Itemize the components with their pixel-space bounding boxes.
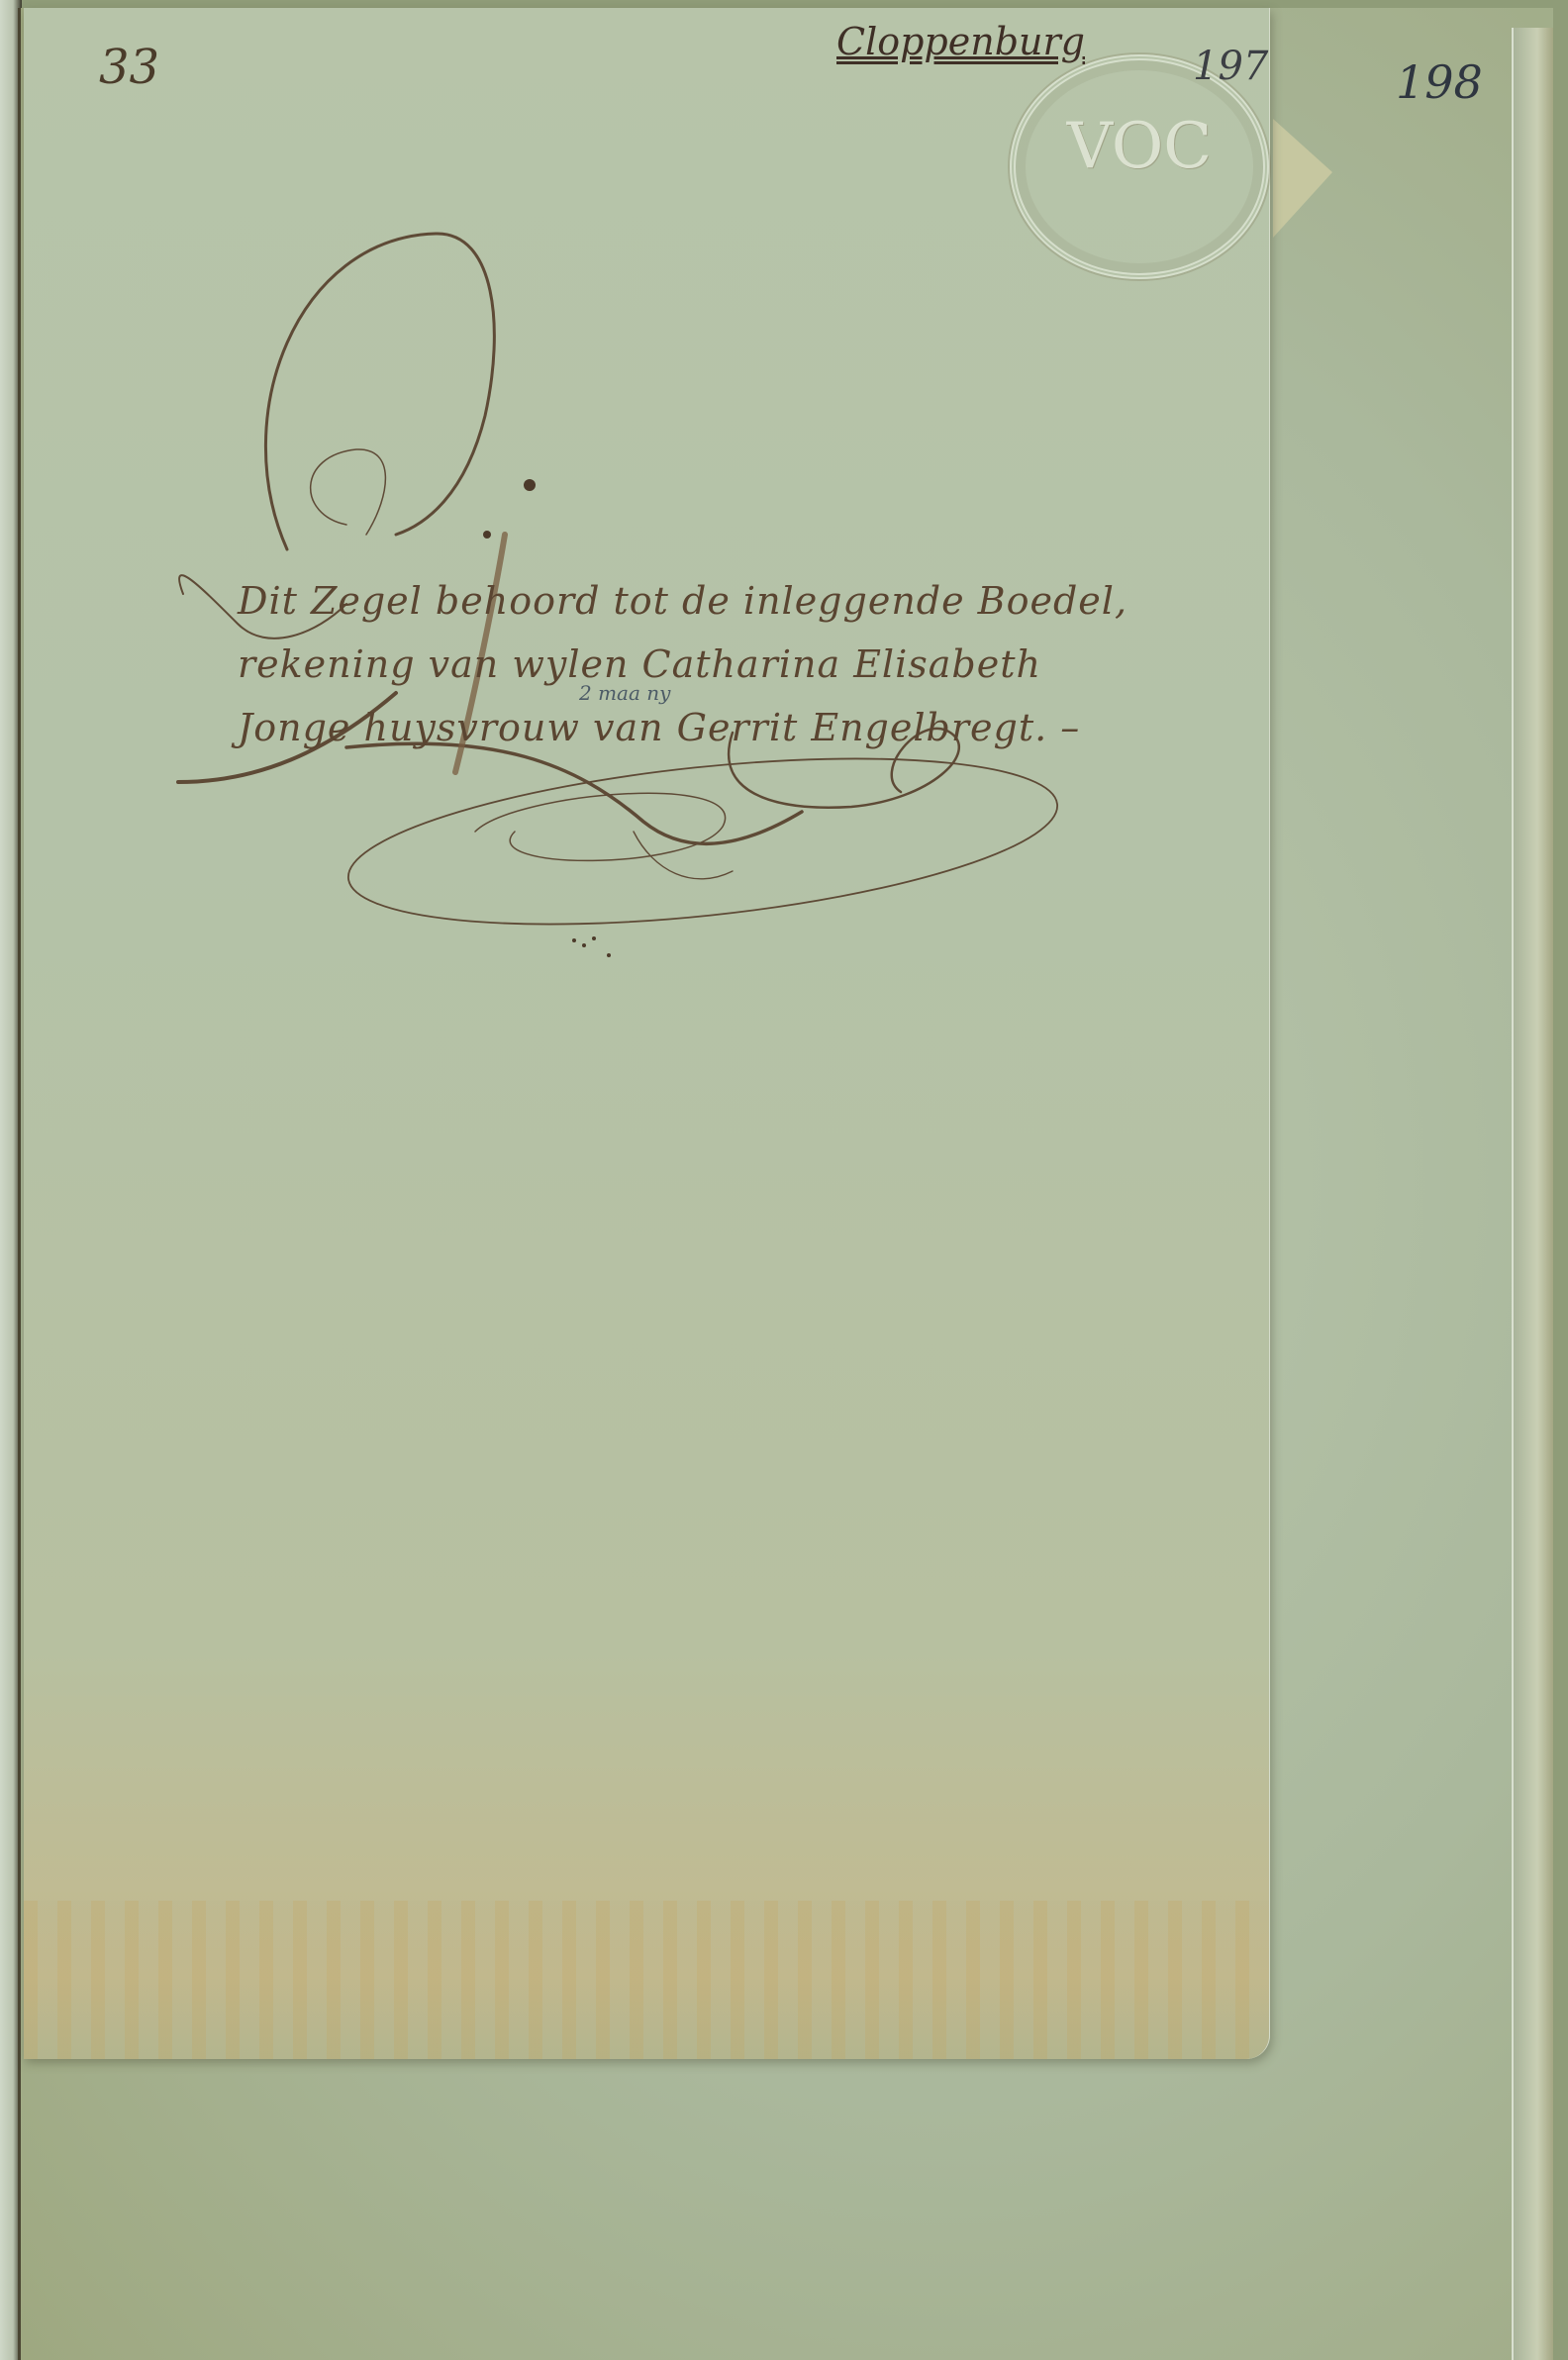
manuscript-body: Dit Zegel behoord tot de inleggende Boed… (238, 569, 1267, 759)
interlinear-note: 2 maa ny (579, 681, 670, 705)
folio-number-new: 198 (1396, 55, 1483, 109)
place-name-annotation: Cloppenburg (836, 20, 1085, 63)
manuscript-line-1: Dit Zegel behoord tot de inleggende Boed… (238, 569, 1267, 633)
calligraphic-flourish-icon (0, 0, 1568, 2360)
archive-number: 33 (99, 40, 159, 95)
folio-number-old: 197 (1193, 44, 1268, 89)
manuscript-line-3: Jonge huysvrouw van Gerrit Engelbregt. – (238, 696, 1267, 759)
manuscript-line-2: rekening van wylen Catharina Elisabeth (238, 633, 1267, 696)
seal-monogram: VOC (1016, 110, 1263, 183)
